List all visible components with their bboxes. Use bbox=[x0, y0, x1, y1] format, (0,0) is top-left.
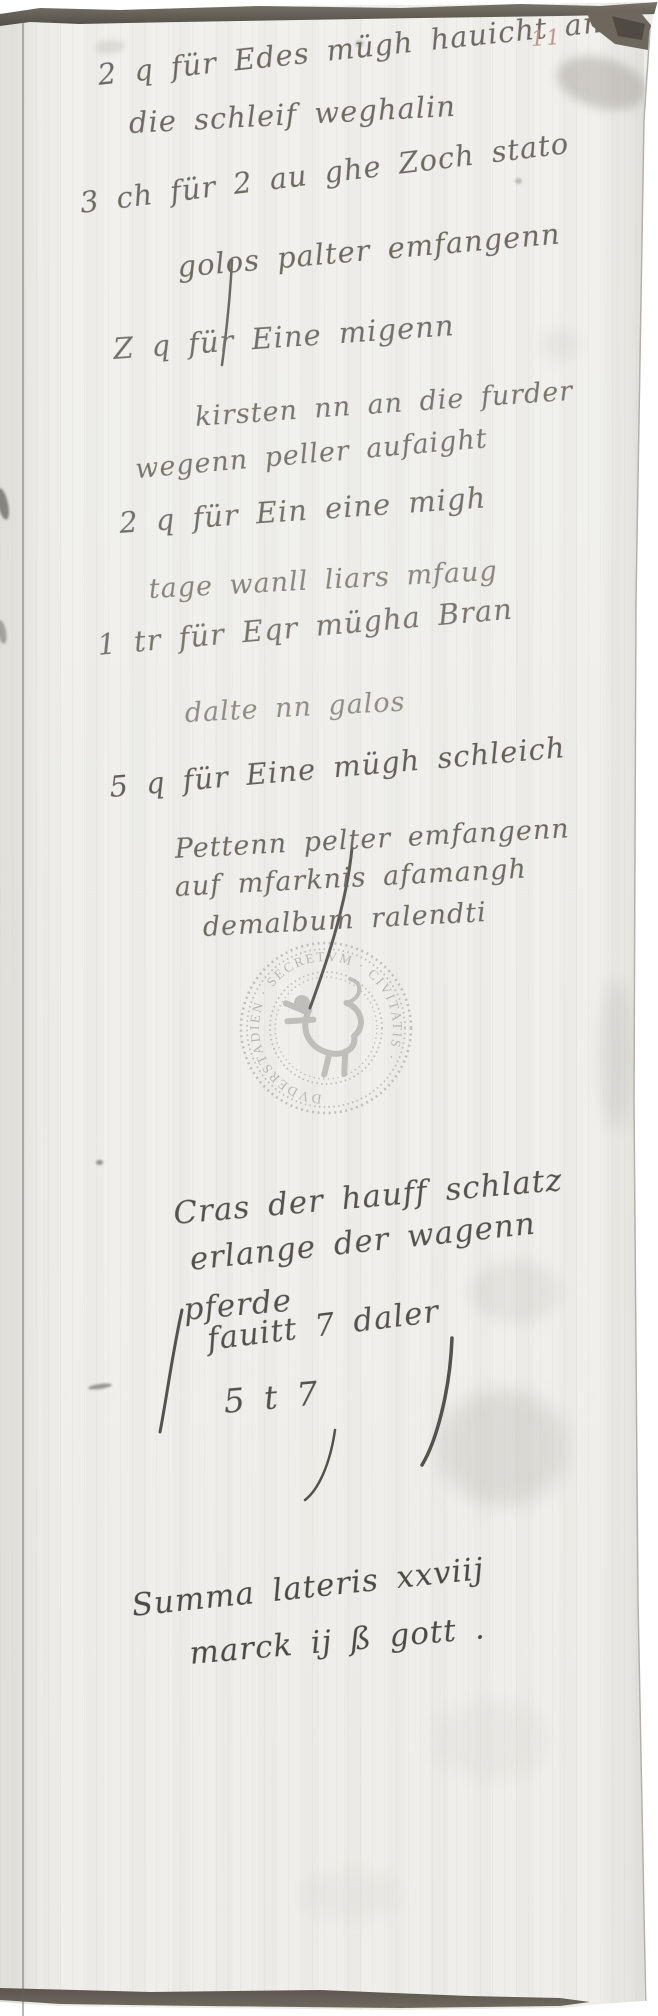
manuscript-line: 5 q für Eine mügh schleich bbox=[108, 730, 567, 804]
manuscript-line: 2 q für Ein eine migh bbox=[118, 480, 487, 540]
manuscript-line: 2 q für Edes mügh hauicht an bbox=[96, 5, 604, 92]
handwriting-layer: 2 q für Edes mügh hauicht andie schleif … bbox=[0, 0, 658, 2016]
manuscript-line: marck ij ß gott . bbox=[188, 1610, 487, 1672]
manuscript-line: wegenn peller aufaight bbox=[134, 423, 489, 485]
manuscript-line: Z q für Eine migenn bbox=[112, 308, 456, 366]
manuscript-line: demalbum ralendti bbox=[202, 897, 487, 943]
manuscript-line: kirsten nn an die furder bbox=[194, 376, 574, 433]
manuscript-line: Summa lateris xxviij bbox=[130, 1551, 486, 1624]
manuscript-scan: DVDERSTADIEN · SECRETVM · CIVITATIS · 2 … bbox=[0, 0, 658, 2016]
manuscript-line: die schleif weghalin bbox=[128, 89, 457, 140]
manuscript-line: golos palter emfangenn bbox=[176, 217, 562, 284]
manuscript-line: 3 ch für 2 au ghe Zoch stato bbox=[78, 126, 571, 220]
manuscript-line: 5 t 7 bbox=[222, 1374, 320, 1421]
manuscript-line: dalte nn galos bbox=[184, 686, 406, 729]
page-number: 11 bbox=[530, 25, 562, 51]
